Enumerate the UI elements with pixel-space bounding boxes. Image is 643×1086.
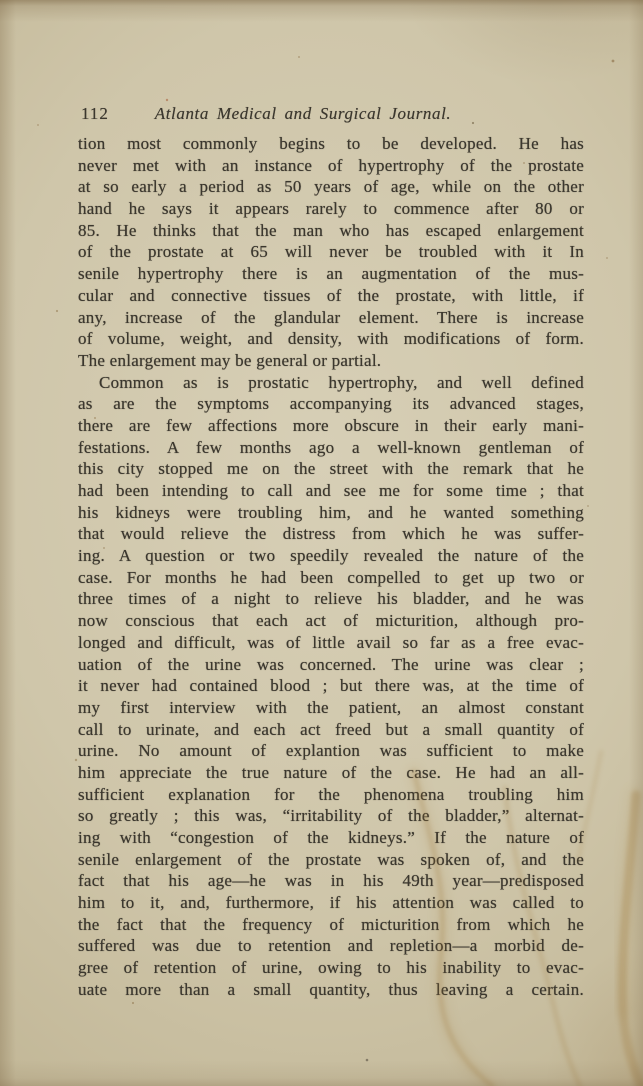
text-line: festations. A few months ago a well-know… — [78, 437, 584, 459]
text-line: sufficient explanation for the phenomena… — [78, 784, 584, 806]
text-line: of the prostate at 65 will never be trou… — [78, 241, 584, 263]
text-line: hand he says it appears rarely to commen… — [78, 198, 584, 220]
text-line: urine. No amount of explantion was suffi… — [78, 740, 584, 762]
text-line: call to urinate, and each act freed but … — [78, 719, 584, 741]
text-line: never met with an instance of hypertroph… — [78, 155, 584, 177]
text-line: uation of the urine was concerned. The u… — [78, 654, 584, 676]
text-line: his kidneys were troubling him, and he w… — [78, 502, 584, 524]
text-line: at so early a period as 50 years of age,… — [78, 176, 584, 198]
text-line: senile enlargement of the prostate was s… — [78, 849, 584, 871]
text-line: my first interview with the patient, an … — [78, 697, 584, 719]
text-line: there are few affections more obscure in… — [78, 415, 584, 437]
journal-title-wrap: Atlanta Medical and Surgical Journal. — [50, 103, 556, 125]
text-line: now conscious that each act of micturiti… — [78, 610, 584, 632]
text-line: Common as is prostatic hypertrophy, and … — [78, 372, 584, 394]
text-line: him appreciate the true nature of the ca… — [78, 762, 584, 784]
text-line: that would relieve the distress from whi… — [78, 523, 584, 545]
page-header: 112 Atlanta Medical and Surgical Journal… — [78, 103, 584, 125]
text-line: suffered was due to retention and replet… — [78, 935, 584, 957]
text-line: the fact that the frequency of micturiti… — [78, 914, 584, 936]
page-body: tion most commonly begins to be develope… — [78, 133, 584, 1001]
text-line: case. For months he had been compelled t… — [78, 567, 584, 589]
text-line: 85. He thinks that the man who has escap… — [78, 220, 584, 242]
text-line: longed and difficult, was of little avai… — [78, 632, 584, 654]
text-line: cular and connective tissues of the pros… — [78, 285, 584, 307]
text-line: so greatly ; this was, “irritability of … — [78, 805, 584, 827]
text-line: The enlargement may be general or partia… — [78, 350, 584, 372]
text-line: any, increase of the glandular element. … — [78, 307, 584, 329]
text-line: senile hypertrophy there is an augmentat… — [78, 263, 584, 285]
text-line: ing with “congestion of the kidneys.” If… — [78, 827, 584, 849]
paragraph: tion most commonly begins to be develope… — [78, 133, 584, 372]
text-line: ing. A question or two speedily revealed… — [78, 545, 584, 567]
text-line: tion most commonly begins to be develope… — [78, 133, 584, 155]
text-line: him to it, and, furthermore, if his atte… — [78, 892, 584, 914]
text-line: as are the symptoms accompanying its adv… — [78, 393, 584, 415]
text-line: gree of retention of urine, owing to his… — [78, 957, 584, 979]
text-line: it never had contained blood ; but there… — [78, 675, 584, 697]
text-line: this city stopped me on the street with … — [78, 458, 584, 480]
text-line: three times of a night to relieve his bl… — [78, 588, 584, 610]
paragraph: Common as is prostatic hypertrophy, and … — [78, 372, 584, 1001]
text-line: uate more than a small quantity, thus le… — [78, 979, 584, 1001]
text-line: of volume, weight, and density, with mod… — [78, 328, 584, 350]
scanned-page: 112 Atlanta Medical and Surgical Journal… — [0, 0, 643, 1086]
journal-title: Atlanta Medical and Surgical Journal. — [155, 104, 452, 123]
text-line: fact that his age—he was in his 49th yea… — [78, 870, 584, 892]
text-line: had been intending to call and see me fo… — [78, 480, 584, 502]
